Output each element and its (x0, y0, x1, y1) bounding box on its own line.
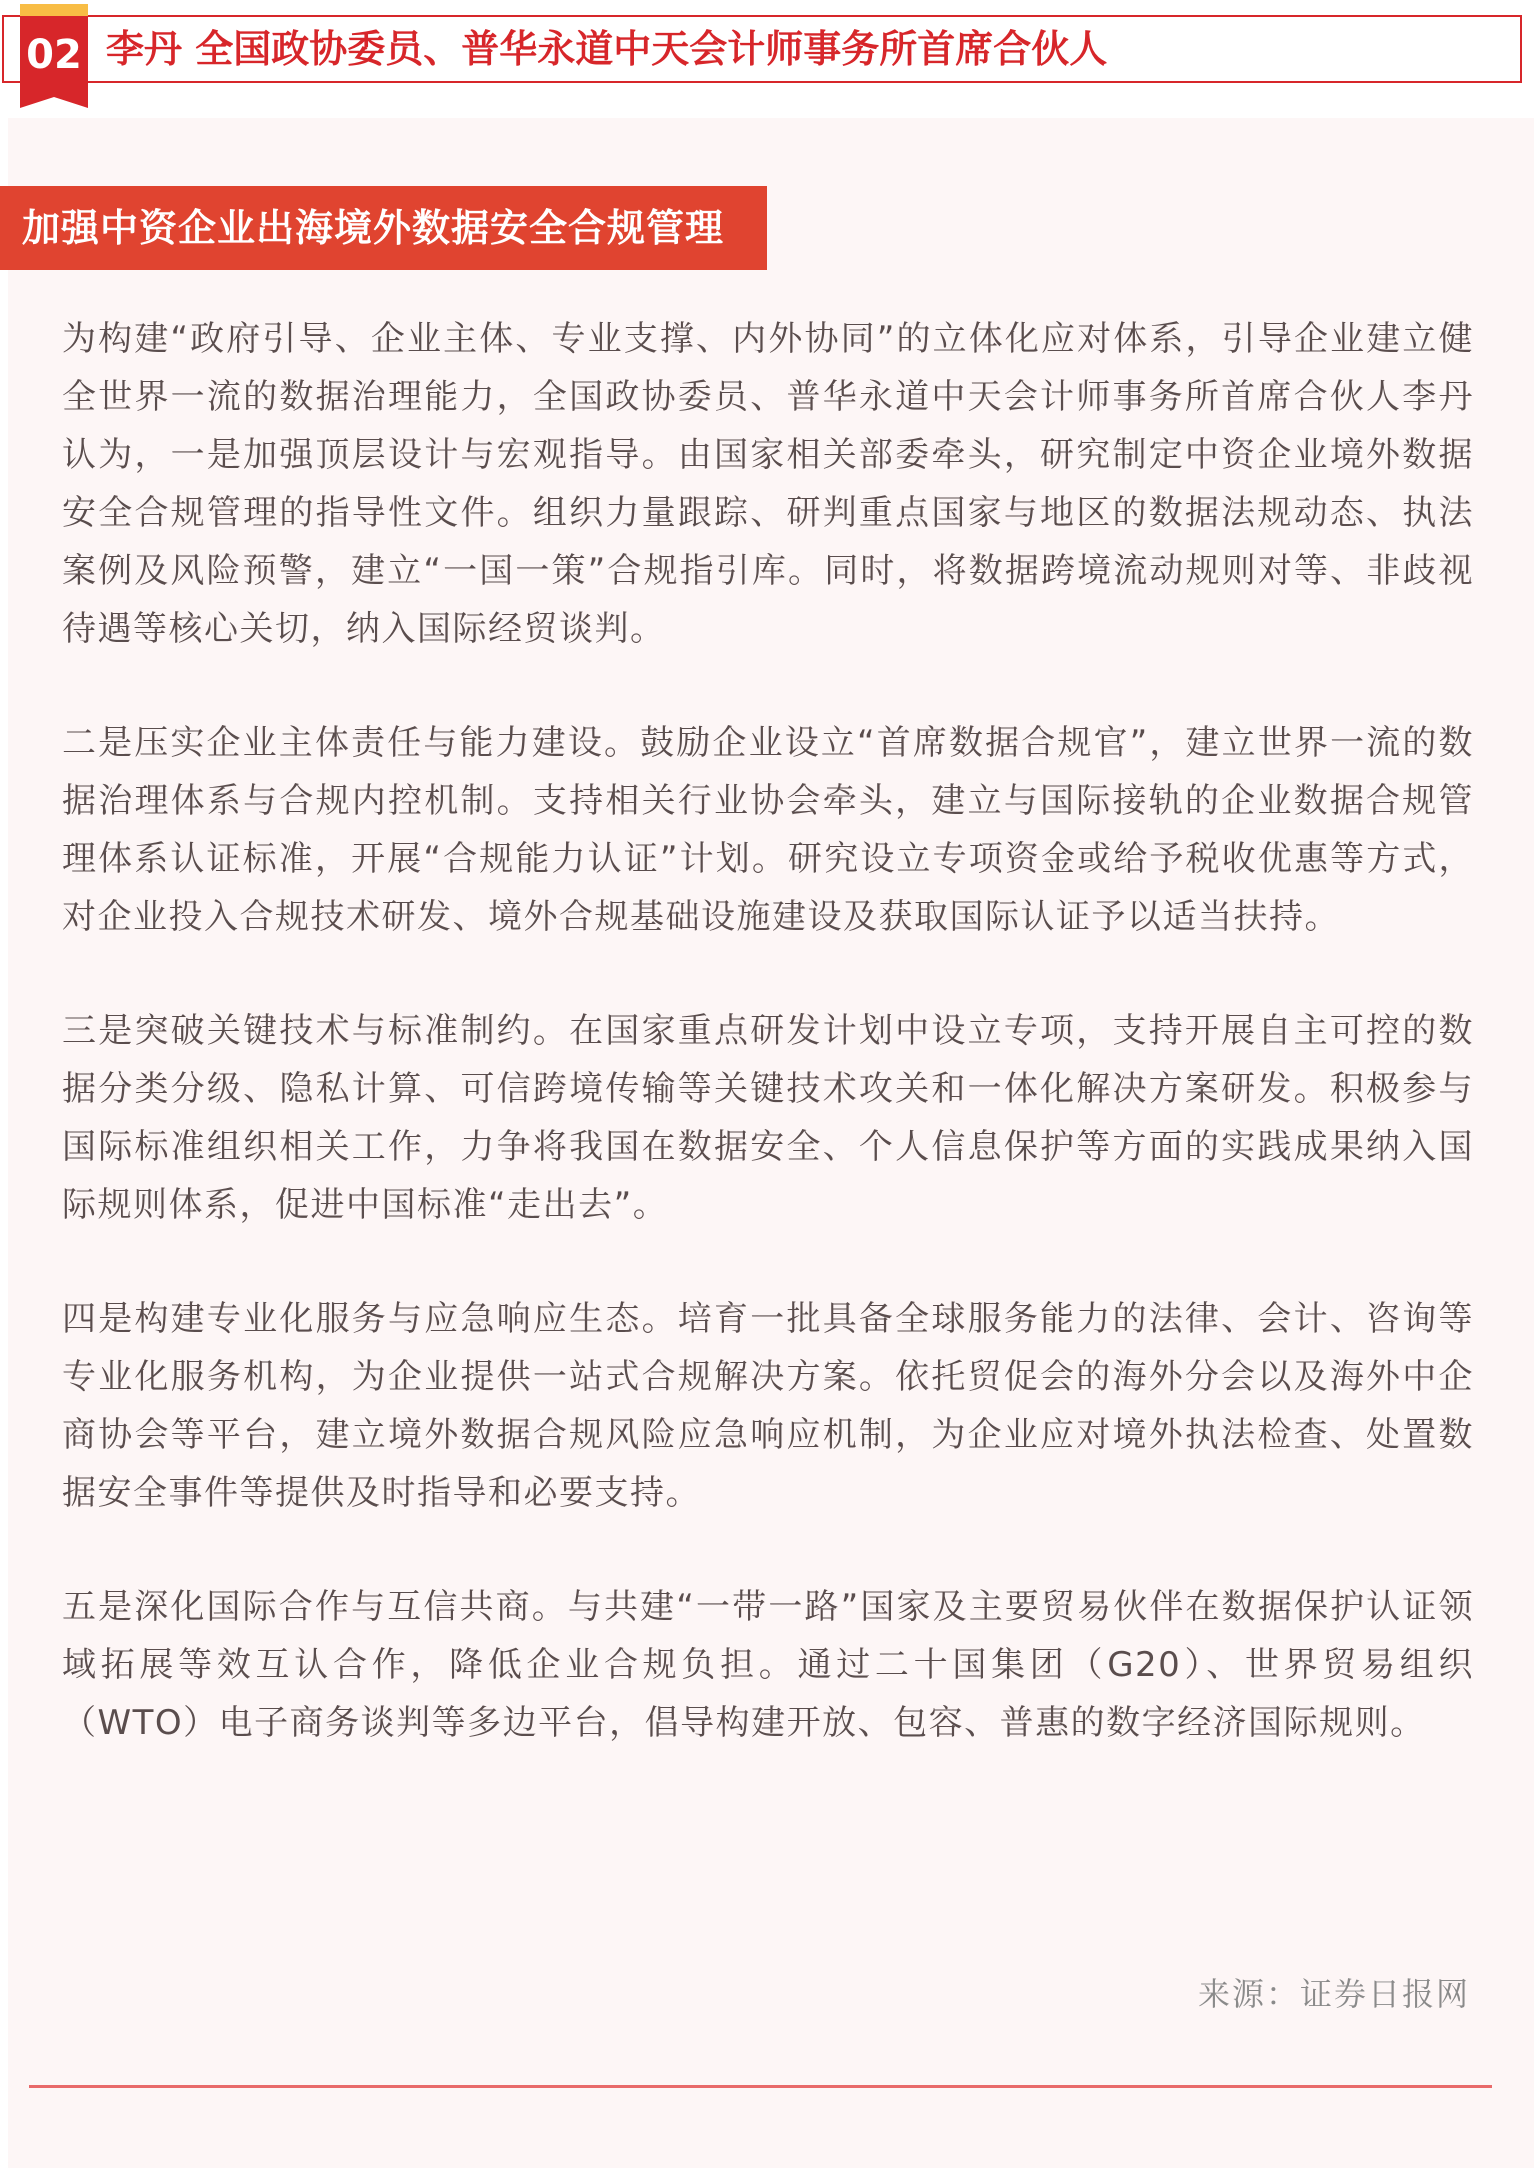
section-number: 02 (20, 30, 88, 80)
bottom-divider (29, 2085, 1492, 2088)
paragraph-4: 四是构建专业化服务与应急响应生态。培育一批具备全球服务能力的法律、会计、咨询等专… (62, 1290, 1474, 1522)
paragraph-1: 为构建“政府引导、企业主体、专业支撑、内外协同”的立体化应对体系，引导企业建立健… (62, 310, 1474, 658)
ribbon-cap (20, 4, 88, 16)
section-heading: 加强中资企业出海境外数据安全合规管理 (22, 186, 724, 270)
source-attribution: 来源：证券日报网 (1198, 1972, 1470, 2016)
paragraph-2: 二是压实企业主体责任与能力建设。鼓励企业设立“首席数据合规官”，建立世界一流的数… (62, 714, 1474, 946)
section-heading-bar: 加强中资企业出海境外数据安全合规管理 (0, 186, 767, 270)
article-body: 为构建“政府引导、企业主体、专业支撑、内外协同”的立体化应对体系，引导企业建立健… (62, 310, 1474, 1808)
paragraph-5: 五是深化国际合作与互信共商。与共建“一带一路”国家及主要贸易伙伴在数据保护认证领… (62, 1578, 1474, 1752)
section-number-ribbon: 02 (20, 4, 88, 108)
paragraph-3: 三是突破关键技术与标准制约。在国家重点研发计划中设立专项，支持开展自主可控的数据… (62, 1002, 1474, 1234)
page-title: 李丹 全国政协委员、普华永道中天会计师事务所首席合伙人 (106, 17, 1107, 81)
